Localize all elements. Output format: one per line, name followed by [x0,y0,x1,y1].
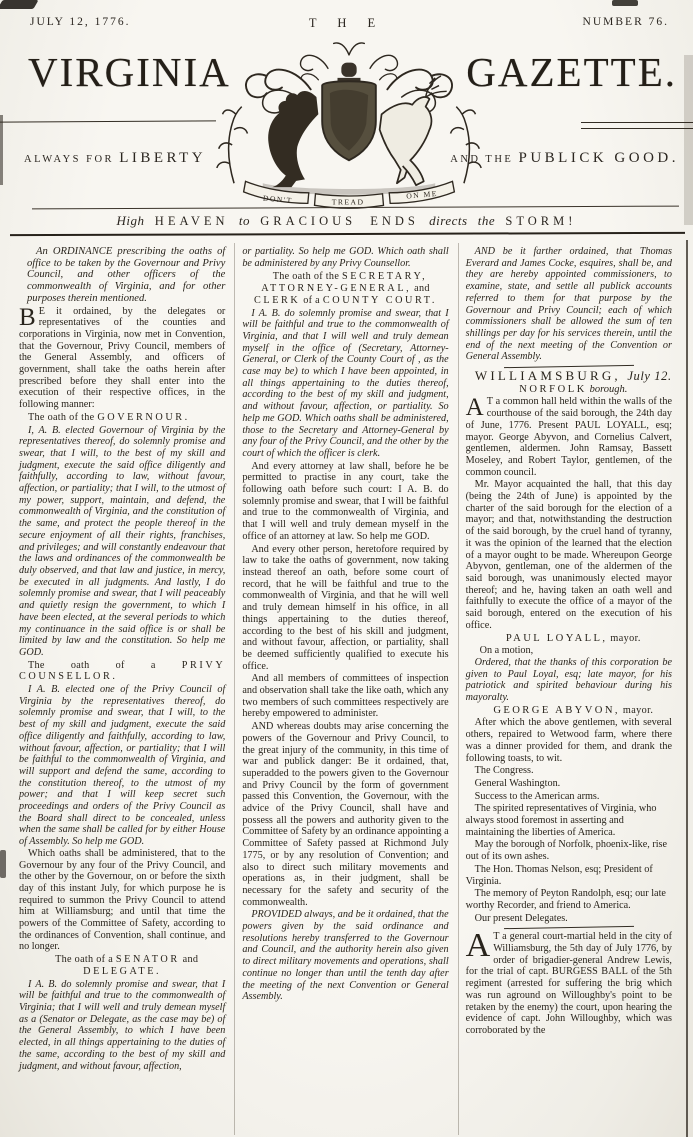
epigraph-word: HEAVEN [155,214,229,228]
dropcap-a: A [466,396,487,418]
heading-oath-privy: The oath of a PRIVY COUNSELLOR. [19,660,225,683]
epigraph-word: GRACIOUS ENDS [260,214,419,228]
heading-italic: borough. [590,384,628,395]
toast-item: The Congress. [466,765,672,777]
article-columns: An ORDINANCE prescribing the oaths of of… [12,243,681,1135]
epigraph-word: High [117,213,145,228]
masthead-rule-right [581,122,693,123]
heading-caps: SECRETARY, [342,271,427,282]
oath-privy: I A. B. elected one of the Privy Council… [19,684,225,848]
common-hall-paragraph: AT a common hall held within the walls o… [466,396,672,478]
issue-number: NUMBER 76. [583,16,669,28]
masthead-rule-left [0,120,216,122]
heading-caps: COUNTY COURT. [323,295,437,306]
ribbon-text-tread: TREAD [332,197,365,206]
oath-senator: I A. B. do solemnly promise and swear, t… [19,979,225,1073]
court-martial-paragraph: AT a general court-martial held in the c… [466,931,672,1036]
attorney-oath-paragraph: And every attorney at law shall, before … [242,461,448,543]
ordered-paragraph: Ordered, that the thanks of this corpora… [466,657,672,704]
signature-george-abyvon: GEORGE ABYVON, mayor. [466,705,672,717]
signature-name: PAUL LOYALL, [506,633,608,644]
signature-role: mayor. [610,633,640,644]
masthead: JULY 12, 1776. T H E NUMBER 76. VIRGINIA… [0,0,693,210]
heading-mid: and [414,283,430,294]
enacting-paragraph: BE it ordained, by the delegates or repr… [19,306,225,411]
on-a-motion: On a motion, [466,645,672,657]
heading-pre: The oath of a [55,954,113,965]
scan-smudge [0,850,6,878]
toast-item: The Hon. Thomas Nelson, esq; President o… [466,864,672,887]
ribbon-text-dont: DON'T [263,194,293,206]
heading-pre: The oath of a [28,660,156,671]
slogan-publick-big: PUBLICK GOOD. [518,150,679,166]
toast-item: Success to the American arms. [466,791,672,803]
heading-oath-senator: The oath of a SENATOR and DELEGATE. [19,954,225,977]
signature-role: mayor. [623,705,653,716]
heading-mid: and [183,954,199,965]
heading-caps: ATTORNEY-GENERAL, [261,283,411,294]
heading-norfolk-borough: NORFOLK borough. [466,384,672,396]
epigraph-word: directs [429,213,467,228]
heading-caps: DELEGATE. [83,966,161,977]
heading-caps: NORFOLK [519,384,587,395]
epigraph-rule-bottom [10,232,685,236]
dinner-paragraph: After which the above gentlemen, with se… [466,717,672,764]
oath-secretary: I A. B. do solemnly promise and swear, t… [242,308,448,460]
slogan-liberty: ALWAYS FOR LIBERTY [24,150,206,167]
committees-paragraph: And all members of committees of inspect… [242,673,448,720]
section-divider-rule [504,926,634,929]
heading-date: July 12. [627,369,671,383]
powers-paragraph: AND whereas doubts may arise concerning … [242,721,448,908]
heading-pre: The oath of the [28,412,94,423]
epigraph: High HEAVEN to GRACIOUS ENDS directs the… [0,213,693,229]
heading-caps: GOVERNOUR. [97,412,190,423]
provided-paragraph: PROVIDED always, and be it ordained, tha… [242,909,448,1003]
common-hall-text: T a common hall held within the walls of… [466,396,672,477]
heading-caps: CLERK [254,295,300,306]
toast-item: The spirited representatives of Virginia… [466,803,672,838]
column-1: An ORDINANCE prescribing the oaths of of… [12,243,234,1135]
commissioners-paragraph: AND be it farther ordained, that Thomas … [466,246,672,363]
toast-item: General Washington. [466,778,672,790]
oath-governour: I, A. B. elected Governour of Virginia b… [19,425,225,659]
heading-caps: SENATOR [116,954,180,965]
toast-item: May the borough of Norfolk, phoenix-like… [466,839,672,862]
epigraph-word: to [239,213,250,228]
toast-item: The memory of Peyton Randolph, esq; our … [466,888,672,911]
signature-name: GEORGE ABYVON, [493,705,620,716]
column-3: AND be it farther ordained, that Thomas … [458,243,681,1135]
toast-item: Our present Delegates. [466,913,672,925]
dropcap-a: A [466,931,494,960]
heading-oath-governour: The oath of the GOVERNOUR. [19,412,225,424]
slogan-liberty-big: LIBERTY [119,150,206,166]
masthead-rule-right [581,128,693,129]
oaths-administration: Which oaths shall be administered, that … [19,848,225,953]
ordinance-intro: An ORDINANCE prescribing the oaths of of… [19,246,225,305]
signature-paul-loyall: PAUL LOYALL, mayor. [466,633,672,645]
epigraph-word: STORM! [505,214,576,228]
mayor-election-paragraph: Mr. Mayor acquainted the hall, that this… [466,479,672,631]
heading-williamsburg: WILLIAMSBURG, July 12. [466,370,672,383]
heading-pre: The oath of the [273,271,339,282]
enacting-text: E it ordained, by the delegates or repre… [19,306,225,411]
heading-oath-secretary: The oath of the SECRETARY, ATTORNEY-GENE… [242,271,448,306]
column-2: or partiality. So help me GOD. Which oat… [234,243,457,1135]
newspaper-page: JULY 12, 1776. T H E NUMBER 76. VIRGINIA… [0,0,693,1137]
epigraph-word: the [478,213,495,228]
scan-edge-line [686,240,688,1137]
heading-mid: of a [303,295,320,306]
other-persons-paragraph: And every other person, heretofore requi… [242,544,448,673]
slogan-liberty-small: ALWAYS FOR [24,154,114,165]
heading-caps: WILLIAMSBURG, [475,368,621,383]
oath-senator-continued: or partiality. So help me GOD. Which oat… [242,246,448,269]
court-martial-text: T a general court-martial held in the ci… [466,931,672,1036]
dropcap-b: B [19,306,39,328]
dont-tread-on-me-crest-icon: DON'T TREAD ON ME [198,30,500,212]
